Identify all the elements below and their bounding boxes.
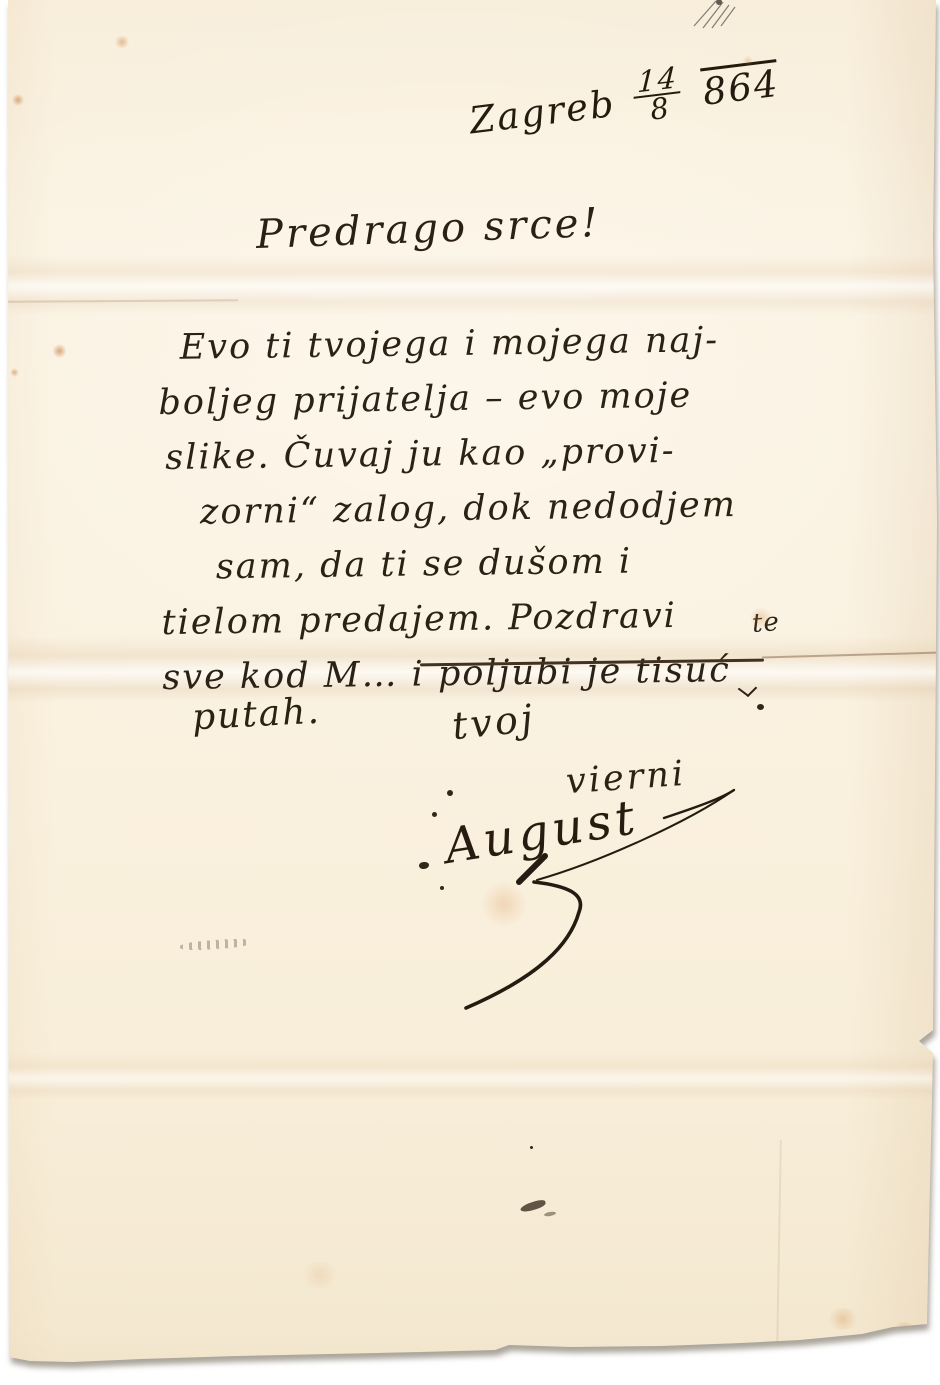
closing-pronoun: tvoj	[450, 696, 538, 748]
letter-body: Evo ti tvojega i mojega naj- boljeg prij…	[157, 311, 892, 706]
letter-line: zorni“ zalog, dok nedodjem	[160, 476, 891, 541]
signature: August	[441, 789, 642, 875]
stain	[10, 368, 19, 377]
ink-smear	[544, 1211, 557, 1217]
crease-line	[776, 1140, 782, 1350]
letter-paper: Zagreb 14 8 864 Predrago srce! Evo ti tv…	[0, 0, 940, 1385]
fold-crease-bottom	[0, 1052, 940, 1100]
dateline-fraction: 14 8	[632, 65, 685, 124]
ink-speck	[432, 812, 437, 817]
dateline-year: 864	[700, 62, 781, 114]
dateline-place: Zagreb	[467, 82, 618, 143]
letter-line: sam, da ti se dušom i	[160, 531, 891, 596]
dateline-day: 14	[633, 65, 681, 99]
pencil-smudge	[180, 937, 252, 951]
stain	[300, 1262, 340, 1288]
fold-crease-top	[0, 255, 940, 315]
ink-speck	[530, 1146, 533, 1149]
inserted-word: te	[751, 607, 781, 639]
stain	[12, 94, 24, 106]
stain	[478, 882, 530, 926]
letter-line: slike. Čuvaj ju kao „provi-	[159, 421, 890, 486]
stain	[826, 1308, 860, 1330]
letter-last-word: putah.	[191, 691, 322, 739]
ink-speck	[440, 886, 444, 890]
ink-speck	[419, 862, 429, 869]
ink-speck	[447, 790, 453, 796]
letter-line: boljeg prijatelja – evo moje	[158, 366, 889, 431]
ink-smear	[519, 1199, 546, 1214]
salutation: Predrago srce!	[255, 200, 601, 258]
stain	[114, 36, 130, 48]
letter-scan: Zagreb 14 8 864 Predrago srce! Evo ti tv…	[0, 0, 940, 1385]
letter-line: Evo ti tvojega i mojega naj-	[157, 311, 888, 376]
ink-speck	[757, 704, 764, 710]
crease-line	[8, 299, 238, 303]
dateline: Zagreb 14 8 864	[466, 53, 782, 144]
stain	[52, 344, 67, 358]
letter-line: tielom predajem. Pozdravi	[161, 586, 892, 651]
pen-scribble-mark	[688, 0, 750, 30]
